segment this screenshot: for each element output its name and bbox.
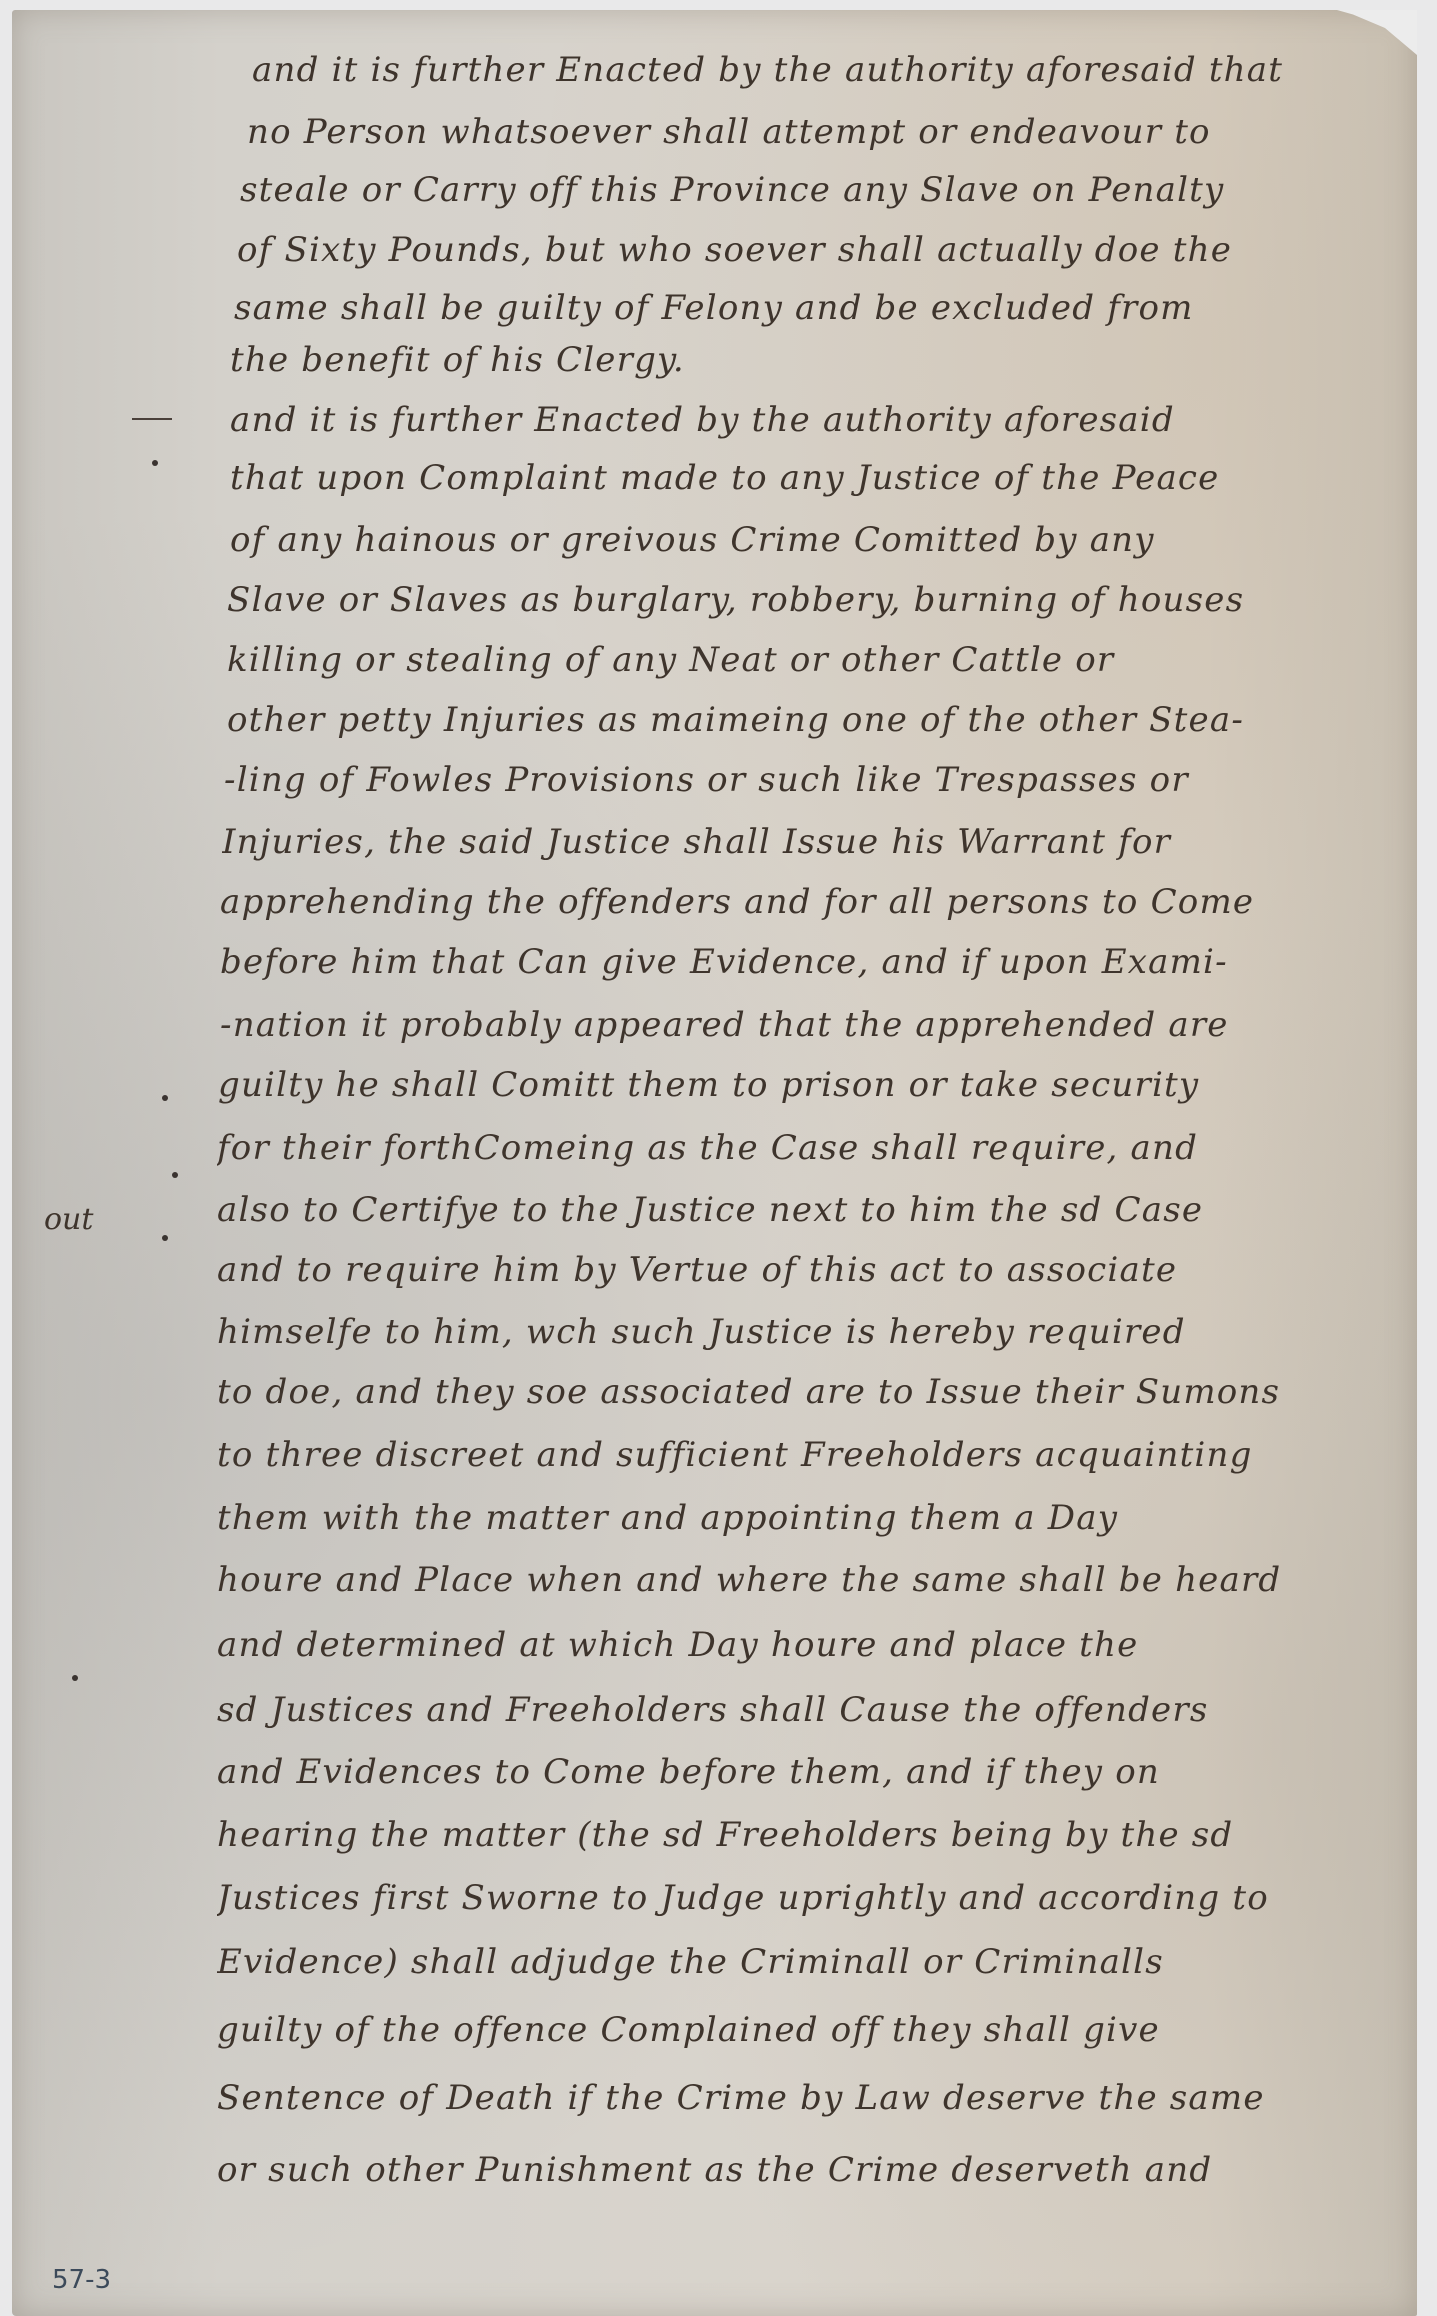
margin-dot [162,1235,168,1241]
manuscript-page: and it is further Enacted by the authori… [12,10,1417,2316]
margin-dot [162,1095,168,1101]
margin-annotation: out [44,1202,93,1237]
manuscript-line: also to Certifye to the Justice next to … [217,1190,1397,1230]
manuscript-line: before him that Can give Evidence, and i… [220,942,1397,982]
margin-mark [132,418,172,420]
manuscript-line: and to require him by Vertue of this act… [217,1250,1397,1290]
manuscript-line: and Evidences to Come before them, and i… [217,1752,1397,1792]
manuscript-line: steale or Carry off this Province any Sl… [240,170,1397,210]
margin-dot [72,1675,78,1681]
manuscript-line: for their forthComeing as the Case shall… [217,1128,1397,1168]
manuscript-line: and it is further Enacted by the authori… [230,400,1397,440]
manuscript-line: Slave or Slaves as burglary, robbery, bu… [227,580,1397,620]
folio-number: 57-3 [52,2265,111,2295]
manuscript-line: of Sixty Pounds, but who soever shall ac… [237,230,1397,270]
manuscript-line: Evidence) shall adjudge the Criminall or… [217,1942,1397,1982]
manuscript-line: no Person whatsoever shall attempt or en… [247,112,1397,152]
manuscript-line: same shall be guilty of Felony and be ex… [234,288,1397,328]
manuscript-line: -ling of Fowles Provisions or such like … [224,760,1397,800]
manuscript-line: Sentence of Death if the Crime by Law de… [217,2078,1397,2118]
manuscript-line: guilty he shall Comitt them to prison or… [218,1065,1397,1105]
manuscript-line: hearing the matter (the sd Freeholders b… [217,1815,1397,1855]
manuscript-line: apprehending the offenders and for all p… [220,882,1397,922]
manuscript-line: of any hainous or greivous Crime Comitte… [230,520,1397,560]
manuscript-line: and it is further Enacted by the authori… [252,50,1397,90]
manuscript-line: killing or stealing of any Neat or other… [227,640,1397,680]
manuscript-line: to doe, and they soe associated are to I… [217,1372,1397,1412]
manuscript-text: and it is further Enacted by the authori… [12,10,1417,2316]
margin-dot [152,460,158,466]
manuscript-line: Injuries, the said Justice shall Issue h… [222,822,1397,862]
manuscript-line: or such other Punishment as the Crime de… [217,2150,1397,2190]
manuscript-line: the benefit of his Clergy. [230,340,1397,380]
manuscript-line: sd Justices and Freeholders shall Cause … [217,1690,1397,1730]
margin-dot [172,1172,178,1178]
manuscript-line: to three discreet and sufficient Freehol… [217,1435,1397,1475]
manuscript-line: that upon Complaint made to any Justice … [230,458,1397,498]
manuscript-line: -nation it probably appeared that the ap… [220,1005,1397,1045]
manuscript-line: them with the matter and appointing them… [217,1498,1397,1538]
manuscript-line: and determined at which Day houre and pl… [217,1625,1397,1665]
manuscript-line: other petty Injuries as maimeing one of … [227,700,1397,740]
manuscript-line: guilty of the offence Complained off the… [217,2010,1397,2050]
manuscript-line: Justices first Sworne to Judge uprightly… [217,1878,1397,1918]
manuscript-line: houre and Place when and where the same … [217,1560,1397,1600]
manuscript-line: himselfe to him, wch such Justice is her… [217,1312,1397,1352]
